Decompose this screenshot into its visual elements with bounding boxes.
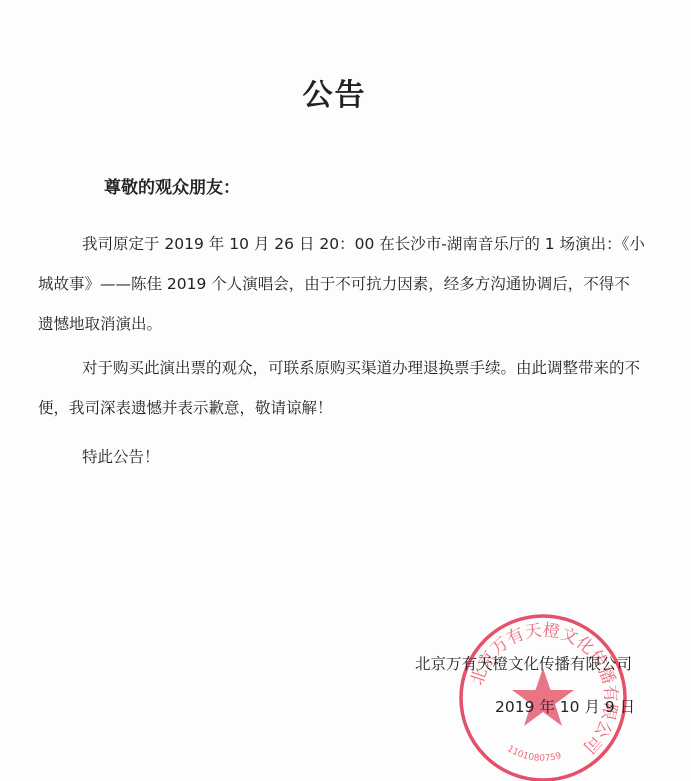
paragraph-closing: 特此公告！ [38, 437, 638, 477]
greeting: 尊敬的观众朋友： [104, 173, 240, 198]
paragraph-line: 特此公告！ [38, 437, 638, 477]
paragraph-line: 遗憾地取消演出。 [38, 304, 638, 344]
paragraph-line: 对于购买此演出票的观众，可联系原购买渠道办理退换票手续。由此调整带来的不 [38, 348, 638, 388]
paragraph-line: 我司原定于 2019 年 10 月 26 日 20：00 在长沙市-湖南音乐厅的… [38, 224, 638, 264]
notice-page: 公告 尊敬的观众朋友： 我司原定于 2019 年 10 月 26 日 20：00… [0, 0, 691, 781]
page-title: 公告 [0, 70, 691, 114]
signature-date: 2019 年 10 月 9 日 [495, 695, 635, 717]
paragraph-cancellation: 我司原定于 2019 年 10 月 26 日 20：00 在长沙市-湖南音乐厅的… [38, 224, 638, 344]
paragraph-line: 便，我司深表遗憾并表示歉意，敬请谅解！ [38, 388, 638, 428]
signature-company: 北京万有天橙文化传播有限公司 [415, 652, 632, 674]
stamp-serial: 1101080759 [505, 744, 563, 764]
paragraph-line: 城故事》——陈佳 2019 个人演唱会，由于不可抗力因素，经多方沟通协调后，不得… [38, 264, 638, 304]
title-text: 公告 [303, 70, 367, 114]
paragraph-refund: 对于购买此演出票的观众，可联系原购买渠道办理退换票手续。由此调整带来的不 便，我… [38, 348, 638, 428]
